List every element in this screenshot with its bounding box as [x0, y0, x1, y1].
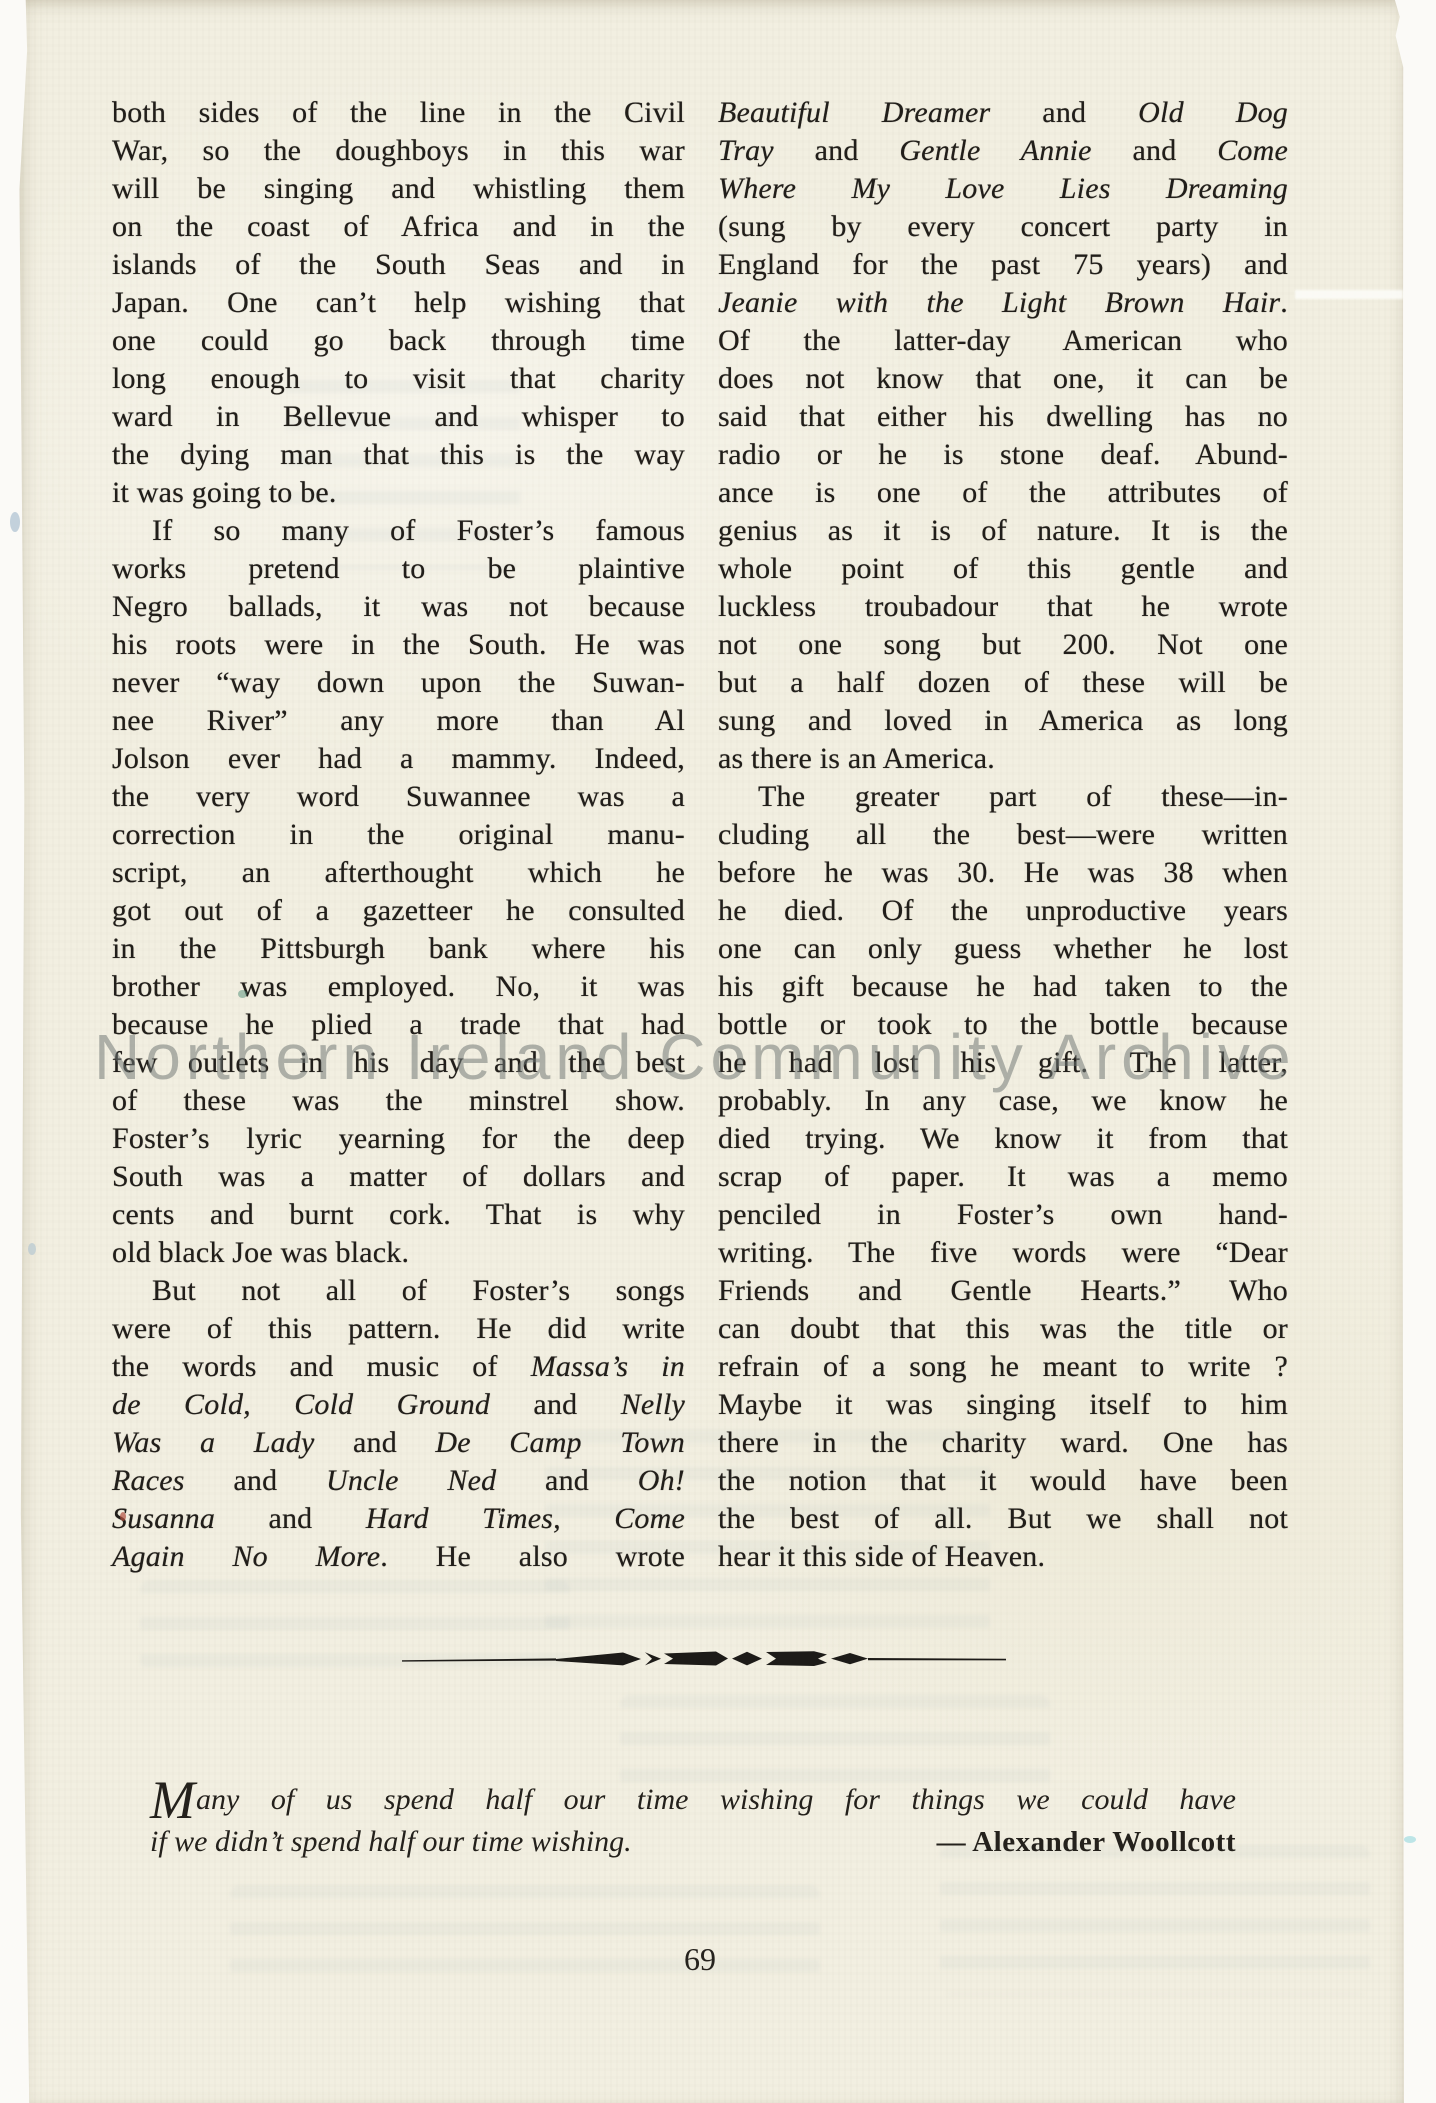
quote-line1-text: any of us spend half our time wishing fo… [196, 1783, 1236, 1816]
text-line: Jeanie with the Light Brown Hair. [718, 284, 1288, 322]
text-line: Susanna and Hard Times, Come [112, 1500, 685, 1538]
text-line: one can only guess whether he lost [718, 930, 1288, 968]
quote-text-line-2: if we didn’t spend half our time wishing… [150, 1822, 1236, 1862]
scan-streak [1295, 290, 1403, 299]
article-column-left: both sides of the line in the CivilWar, … [112, 94, 685, 1576]
article-column-right: Beautiful Dreamer and Old DogTray and Ge… [718, 94, 1288, 1576]
text-line: luckless troubadour that he wrote [718, 588, 1288, 626]
text-line: ance is one of the attributes of [718, 474, 1288, 512]
text-line: whole point of this gentle and [718, 550, 1288, 588]
text-line: said that either his dwelling has no [718, 398, 1288, 436]
text-line: died trying. We know it from that [718, 1120, 1288, 1158]
text-line: he died. Of the unproductive years [718, 892, 1288, 930]
text-line: cluding all the best—were written [718, 816, 1288, 854]
text-line: never “way down upon the Suwan- [112, 664, 685, 702]
watermark: Northern Ireland Community Archive [94, 1020, 1414, 1094]
ink-speck [120, 1512, 126, 1521]
text-line: Friends and Gentle Hearts.” Who [718, 1272, 1288, 1310]
ink-speck [1404, 1836, 1416, 1843]
text-line: one could go back through time [112, 322, 685, 360]
text-line: does not know that one, it can be [718, 360, 1288, 398]
text-line: works pretend to be plaintive [112, 550, 685, 588]
text-line: War, so the doughboys in this war [112, 132, 685, 170]
text-line: Japan. One can’t help wishing that [112, 284, 685, 322]
text-line: South was a matter of dollars and [112, 1158, 685, 1196]
text-line: not one song but 200. Not one [718, 626, 1288, 664]
text-line: it was going to be. [112, 474, 685, 512]
text-line: (sung by every concert party in [718, 208, 1288, 246]
text-line: England for the past 75 years) and [718, 246, 1288, 284]
quote-line2-text: if we didn’t spend half our time wishing… [150, 1825, 632, 1858]
text-line: as there is an America. [718, 740, 1288, 778]
scanned-page: { "page": { "number": "69" }, "watermark… [0, 0, 1436, 2103]
text-line: Was a Lady and De Camp Town [112, 1424, 685, 1462]
text-line: the words and music of Massa’s in [112, 1348, 685, 1386]
text-line: Foster’s lyric yearning for the deep [112, 1120, 685, 1158]
text-line: the best of all. But we shall not [718, 1500, 1288, 1538]
page-number: 69 [655, 1941, 745, 1978]
text-line: can doubt that this was the title or [718, 1310, 1288, 1348]
quote-attribution: — Alexander Woollcott [937, 1822, 1236, 1862]
text-line: brother was employed. No, it was [112, 968, 685, 1006]
text-line: before he was 30. He was 38 when [718, 854, 1288, 892]
text-line: scrap of paper. It was a memo [718, 1158, 1288, 1196]
text-line: Jolson ever had a mammy. Indeed, [112, 740, 685, 778]
text-line: were of this pattern. He did write [112, 1310, 685, 1348]
text-line: But not all of Foster’s songs [112, 1272, 685, 1310]
text-line: islands of the South Seas and in [112, 246, 685, 284]
text-line: will be singing and whistling them [112, 170, 685, 208]
text-line: old black Joe was black. [112, 1234, 685, 1272]
ink-speck [238, 990, 247, 998]
text-line: got out of a gazetteer he consulted [112, 892, 685, 930]
text-line: in the Pittsburgh bank where his [112, 930, 685, 968]
text-line: cents and burnt cork. That is why [112, 1196, 685, 1234]
text-line: ward in Bellevue and whisper to [112, 398, 685, 436]
text-line: sung and loved in America as long [718, 702, 1288, 740]
text-line: on the coast of Africa and in the [112, 208, 685, 246]
quote-initial: M [150, 1770, 195, 1830]
text-line: Tray and Gentle Annie and Come [718, 132, 1288, 170]
text-line: Of the latter-day American who [718, 322, 1288, 360]
text-line: Races and Uncle Ned and Oh! [112, 1462, 685, 1500]
text-line: nee River” any more than Al [112, 702, 685, 740]
text-line: Again No More. He also wrote [112, 1538, 685, 1576]
text-line: genius as it is of nature. It is the [718, 512, 1288, 550]
text-line: Where My Love Lies Dreaming [718, 170, 1288, 208]
text-line: the very word Suwannee was a [112, 778, 685, 816]
text-line: but a half dozen of these will be [718, 664, 1288, 702]
quote-text-line-1: Many of us spend half our time wishing f… [150, 1780, 1236, 1820]
ornamental-divider-icon [398, 1645, 1010, 1677]
text-line: hear it this side of Heaven. [718, 1538, 1288, 1576]
text-line: If so many of Foster’s famous [112, 512, 685, 550]
text-line: de Cold, Cold Ground and Nelly [112, 1386, 685, 1424]
pull-quote: Many of us spend half our time wishing f… [150, 1780, 1236, 1862]
ink-speck [28, 1243, 36, 1255]
text-line: penciled in Foster’s own hand- [718, 1196, 1288, 1234]
text-line: refrain of a song he meant to write ? [718, 1348, 1288, 1386]
text-line: the notion that it would have been [718, 1462, 1288, 1500]
ink-speck [10, 512, 20, 532]
text-line: the dying man that this is the way [112, 436, 685, 474]
text-line: writing. The five words were “Dear [718, 1234, 1288, 1272]
text-line: Maybe it was singing itself to him [718, 1386, 1288, 1424]
text-line: his roots were in the South. He was [112, 626, 685, 664]
text-line: his gift because he had taken to the [718, 968, 1288, 1006]
text-line: both sides of the line in the Civil [112, 94, 685, 132]
text-line: The greater part of these—in- [718, 778, 1288, 816]
text-line: long enough to visit that charity [112, 360, 685, 398]
text-line: correction in the original manu- [112, 816, 685, 854]
text-line: script, an afterthought which he [112, 854, 685, 892]
text-line: Negro ballads, it was not because [112, 588, 685, 626]
text-line: there in the charity ward. One has [718, 1424, 1288, 1462]
text-line: Beautiful Dreamer and Old Dog [718, 94, 1288, 132]
text-line: radio or he is stone deaf. Abund- [718, 436, 1288, 474]
